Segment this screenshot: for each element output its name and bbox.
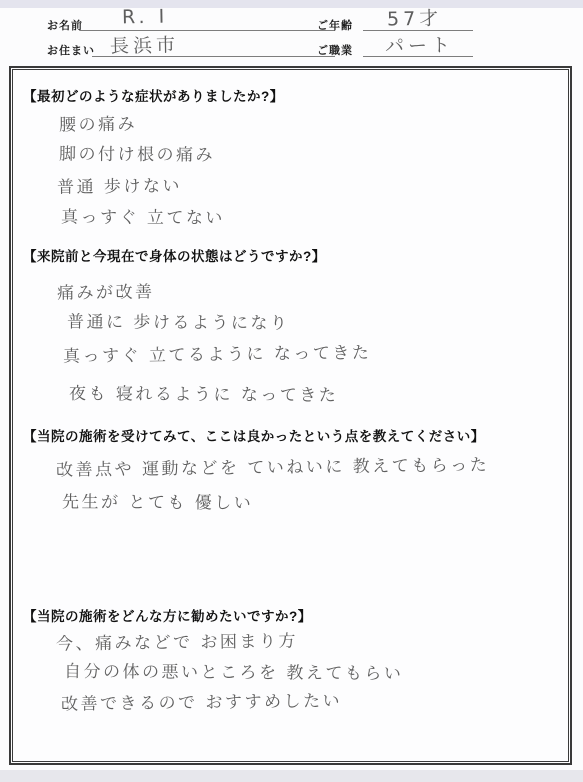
bottom-edge-band [0, 770, 583, 782]
answer-line: 腰の痛み [59, 110, 137, 136]
answer-line: 夜も 寝れるように なってきた [69, 379, 338, 406]
age-label: ご年齢 [317, 17, 353, 33]
question-heading-good-points: 【当院の施術を受けてみて、ここは良かったという点を教えてください】 [23, 425, 485, 445]
answer-line: 真っすぐ 立てない [61, 202, 225, 228]
name-value: R. I [122, 6, 169, 29]
question-heading-symptoms: 【最初どのような症状がありましたか?】 [23, 85, 284, 105]
question-heading-recommend: 【当院の施術をどんな方に勧めたいですか?】 [23, 605, 312, 625]
age-value: 57才 [387, 4, 443, 32]
answer-line: 今、痛みなどで お困まり方 [56, 627, 298, 655]
answer-line: 脚の付け根の痛み [59, 139, 215, 165]
question-heading-condition: 【来院前と今現在で身体の状態はどうですか?】 [23, 245, 326, 265]
questionnaire-box-inner: 【最初どのような症状がありましたか?】 腰の痛み 脚の付け根の痛み 普通 歩けな… [12, 69, 569, 762]
occupation-label: ご職業 [317, 42, 353, 58]
answer-line: 改善できるので おすすめしたい [61, 686, 342, 714]
residence-value: 長浜市 [110, 30, 179, 58]
answer-line: 普通に 歩けるようになり [67, 307, 290, 334]
questionnaire-box: 【最初どのような症状がありましたか?】 腰の痛み 脚の付け根の痛み 普通 歩けな… [9, 66, 572, 765]
occupation-value: パート [385, 30, 454, 58]
questionnaire-page: お名前 R. I ご年齢 57才 お住まい 長浜市 ご職業 パート 【最初どのよ… [0, 0, 583, 782]
name-label: お名前 [47, 17, 83, 33]
top-edge-band [0, 0, 583, 8]
answer-line: 普通 歩けない [57, 171, 182, 198]
answer-line: 改善点や 運動などを ていねいに 教えてもらった [56, 450, 489, 480]
answer-line: 痛みが改善 [57, 277, 155, 303]
answer-line: 自分の体の悪いところを 教えてもらい [64, 657, 404, 684]
answer-line: 先生が とても 優しい [62, 487, 253, 513]
answer-line: 真っすぐ 立てるように なってきた [63, 338, 372, 367]
residence-label: お住まい [47, 42, 95, 58]
